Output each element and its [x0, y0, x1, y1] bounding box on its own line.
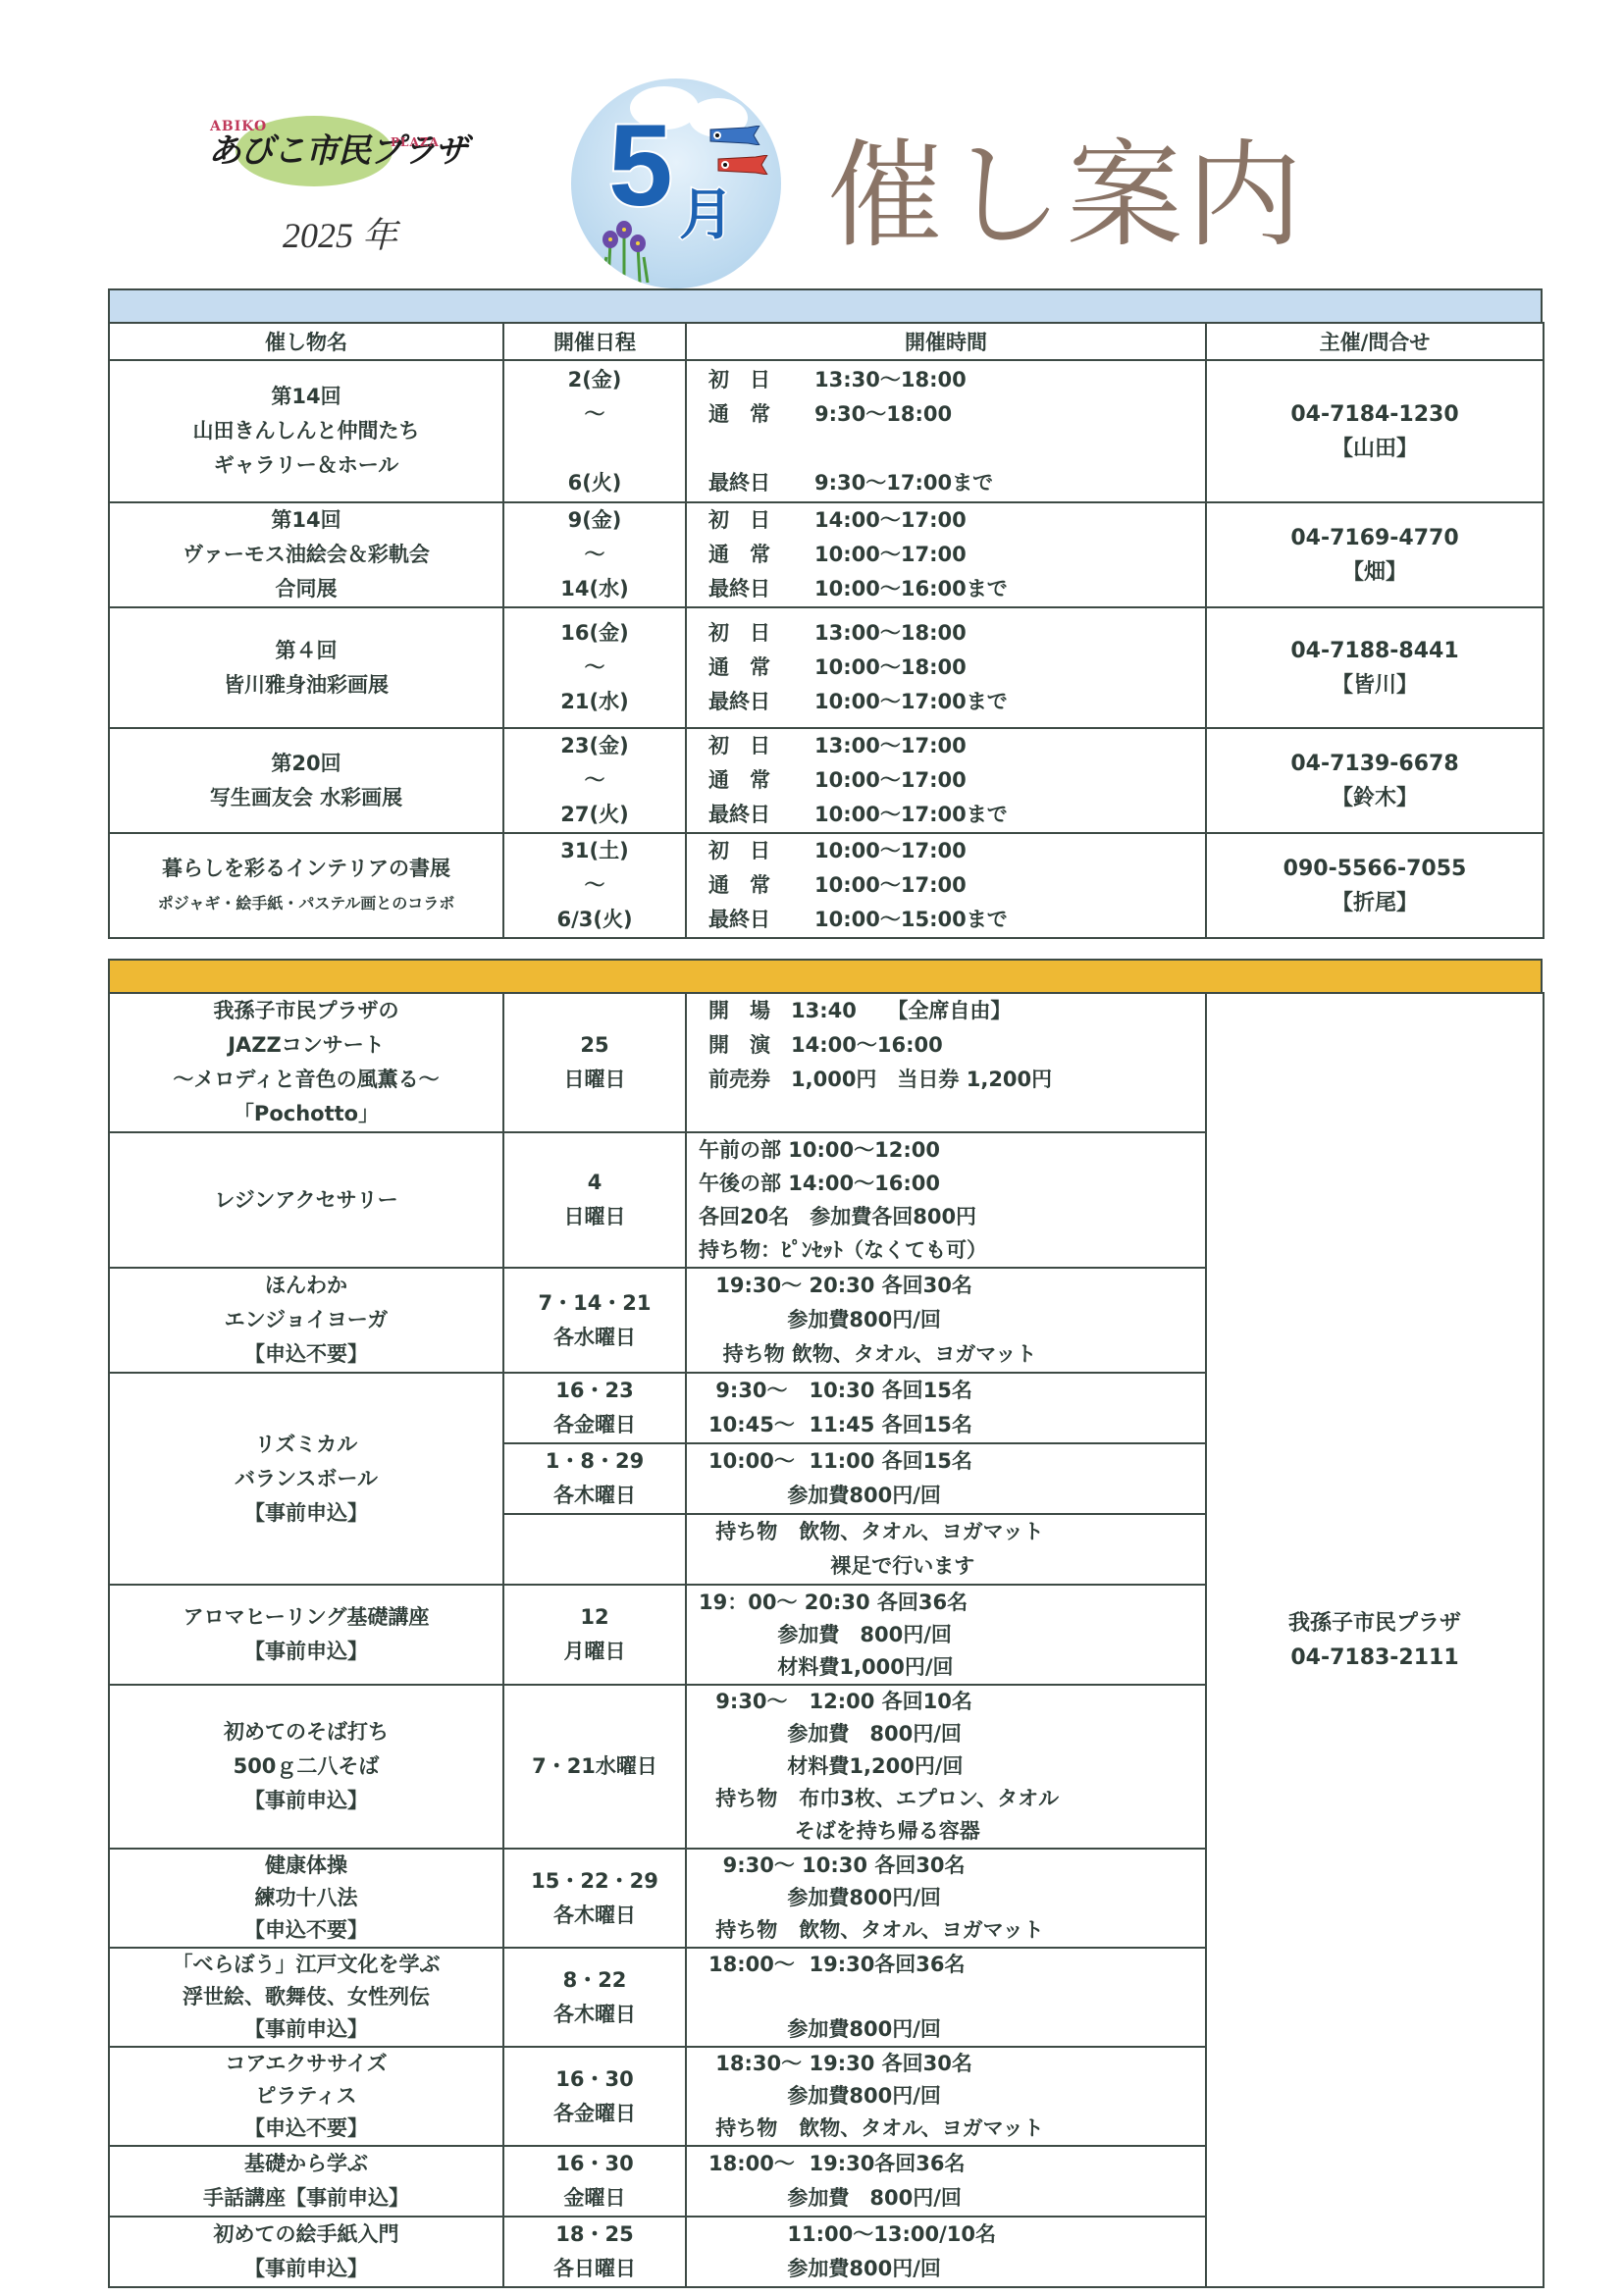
- contact-org: 我孫子市民プラザ: [1207, 1606, 1543, 1641]
- event-name: アロマヒーリング基礎講座 【事前申込】: [109, 1585, 503, 1685]
- event-contact: 04-7139-6678 【鈴木】: [1206, 728, 1544, 833]
- table-row: 我孫子市民プラザの JAZZコンサート ～メロディと音色の風薫る～ 「Pocho…: [109, 993, 1544, 1132]
- month-number: 5: [608, 108, 673, 224]
- events-section-bar: [108, 959, 1543, 994]
- event-times: 9:30～ 12:00 各回10名 参加費 800円/回 材料費1,200円/回…: [686, 1685, 1206, 1849]
- event-dates: 2(金) ～ 6(火): [503, 360, 686, 502]
- column-header-dates: 開催日程: [503, 323, 686, 360]
- event-dates: 16・30 金曜日: [503, 2146, 686, 2217]
- month-kanji: 月: [679, 188, 734, 243]
- contact-person: 【畑】: [1207, 555, 1543, 590]
- events-contact: 我孫子市民プラザ 04-7183-2111: [1206, 993, 1544, 2287]
- event-dates: 16・23 各金曜日: [503, 1373, 686, 1443]
- event-times: 初 日13:00～18:00 通 常10:00～18:00 最終日10:00～1…: [686, 607, 1206, 728]
- event-name: 第14回 山田きんしんと仲間たち ギャラリー＆ホール: [109, 360, 503, 502]
- event-times: 持ち物 飲物、タオル、ヨガマット 裸足で行います: [686, 1514, 1206, 1585]
- event-dates-empty: [503, 1514, 686, 1585]
- event-name: 第20回 写生画友会 水彩画展: [109, 728, 503, 833]
- event-dates: 1・8・29 各木曜日: [503, 1443, 686, 1514]
- event-name: 初めてのそば打ち 500ｇ二八そば 【事前申込】: [109, 1685, 503, 1849]
- event-times: 19:30～ 20:30 各回30名 参加費800円/回 持ち物 飲物、タオル、…: [686, 1268, 1206, 1373]
- event-name: レジンアクセサリー: [109, 1132, 503, 1268]
- event-contact: 04-7188-8441 【皆川】: [1206, 607, 1544, 728]
- event-name: 「べらぼう」江戸文化を学ぶ 浮世絵、歌舞伎、女性列伝 【事前申込】: [109, 1948, 503, 2047]
- event-times: 9:30～ 10:30 各回30名 参加費800円/回 持ち物 飲物、タオル、ヨ…: [686, 1849, 1206, 1948]
- table-row: 第14回 山田きんしんと仲間たち ギャラリー＆ホール 2(金) ～ 6(火) 初…: [109, 360, 1544, 502]
- page-title: 催し案内: [827, 137, 1306, 253]
- event-dates: 16・30 各金曜日: [503, 2047, 686, 2146]
- event-times: 9:30～ 10:30 各回15名 10:45～ 11:45 各回15名: [686, 1373, 1206, 1443]
- table-row: 暮らしを彩るインテリアの書展 ポジャギ・絵手紙・パステル画とのコラボ 31(土)…: [109, 833, 1544, 938]
- event-name: 暮らしを彩るインテリアの書展 ポジャギ・絵手紙・パステル画とのコラボ: [109, 833, 503, 938]
- event-dates: 4 日曜日: [503, 1132, 686, 1268]
- event-times: 18:00～ 19:30各回36名 参加費 800円/回: [686, 2146, 1206, 2217]
- logo-plaza-text: PLAZA: [391, 135, 440, 149]
- event-times: 10:00～ 11:00 各回15名 参加費800円/回: [686, 1443, 1206, 1514]
- event-dates: 15・22・29 各木曜日: [503, 1849, 686, 1948]
- contact-person: 【皆川】: [1207, 668, 1543, 703]
- event-times: 初 日14:00～17:00 通 常10:00～17:00 最終日10:00～1…: [686, 502, 1206, 607]
- event-name: 初めての絵手紙入門 【事前申込】: [109, 2217, 503, 2287]
- event-name: 基礎から学ぶ 手話講座【事前申込】: [109, 2146, 503, 2217]
- event-dates: 9(金) ～ 14(水): [503, 502, 686, 607]
- event-name: ほんわか エンジョイヨーガ 【申込不要】: [109, 1268, 503, 1373]
- iris-flower-icon: [591, 212, 659, 283]
- event-name: コアエクササイズ ピラティス 【申込不要】: [109, 2047, 503, 2146]
- contact-phone: 090-5566-7055: [1207, 852, 1543, 886]
- contact-phone: 04-7183-2111: [1207, 1641, 1543, 1675]
- table-header-row: 催し物名 開催日程 開催時間 主催/問合せ: [109, 323, 1544, 360]
- event-contact: 04-7184-1230 【山田】: [1206, 360, 1544, 502]
- event-dates: 18・25 各日曜日: [503, 2217, 686, 2287]
- event-name: 第４回 皆川雅身油彩画展: [109, 607, 503, 728]
- event-times: 19：00～ 20:30 各回36名 参加費 800円/回 材料費1,000円/…: [686, 1585, 1206, 1685]
- column-header-name: 催し物名: [109, 323, 503, 360]
- event-times: 初 日10:00～17:00 通 常10:00～17:00 最終日10:00～1…: [686, 833, 1206, 938]
- event-dates: 16(金) ～ 21(水): [503, 607, 686, 728]
- event-name: 第14回 ヴァーモス油絵会＆彩軌会 合同展: [109, 502, 503, 607]
- event-dates: 23(金) ～ 27(火): [503, 728, 686, 833]
- event-subname: ポジャギ・絵手紙・パステル画とのコラボ: [110, 886, 502, 920]
- table-row: 第４回 皆川雅身油彩画展 16(金) ～ 21(水) 初 日13:00～18:0…: [109, 607, 1544, 728]
- contact-phone: 04-7188-8441: [1207, 634, 1543, 668]
- event-times: 初 日13:30～18:00 通 常9:30～18:00 最終日9:30～17:…: [686, 360, 1206, 502]
- event-name: 我孫子市民プラザの JAZZコンサート ～メロディと音色の風薫る～ 「Pocho…: [109, 993, 503, 1132]
- contact-phone: 04-7184-1230: [1207, 397, 1543, 432]
- event-dates: 8・22 各木曜日: [503, 1948, 686, 2047]
- event-times: 午前の部 10:00～12:00 午後の部 14:00～16:00 各回20名 …: [686, 1132, 1206, 1268]
- event-name: リズミカル バランスボール 【事前申込】: [109, 1373, 503, 1585]
- event-dates: 31(土) ～ 6/3(火): [503, 833, 686, 938]
- exhibitions-table: 催し物名 開催日程 開催時間 主催/問合せ 第14回 山田きんしんと仲間たち ギ…: [108, 322, 1544, 939]
- event-dates: 7・14・21 各水曜日: [503, 1268, 686, 1373]
- event-name: 健康体操 練功十八法 【申込不要】: [109, 1849, 503, 1948]
- contact-phone: 04-7169-4770: [1207, 521, 1543, 555]
- event-times: 開 場 13:40 【全席自由】 開 演 14:00～16:00 前売券 1,0…: [686, 993, 1206, 1132]
- event-times: 初 日13:00～17:00 通 常10:00～17:00 最終日10:00～1…: [686, 728, 1206, 833]
- event-times: 11:00～13:00/10名 参加費800円/回: [686, 2217, 1206, 2287]
- event-contact: 04-7169-4770 【畑】: [1206, 502, 1544, 607]
- column-header-contact: 主催/問合せ: [1206, 323, 1544, 360]
- contact-person: 【折尾】: [1207, 886, 1543, 920]
- contact-phone: 04-7139-6678: [1207, 747, 1543, 781]
- month-badge: 5 月: [571, 78, 781, 288]
- event-dates: 7・21水曜日: [503, 1685, 686, 1849]
- contact-person: 【鈴木】: [1207, 781, 1543, 815]
- table-row: 第14回 ヴァーモス油絵会＆彩軌会 合同展 9(金) ～ 14(水) 初 日14…: [109, 502, 1544, 607]
- event-times: 18:30～ 19:30 各回30名 参加費800円/回 持ち物 飲物、タオル、…: [686, 2047, 1206, 2146]
- koinobori-red-icon: [716, 155, 769, 175]
- events-table: 我孫子市民プラザの JAZZコンサート ～メロディと音色の風薫る～ 「Pocho…: [108, 992, 1544, 2288]
- table-row: 第20回 写生画友会 水彩画展 23(金) ～ 27(火) 初 日13:00～1…: [109, 728, 1544, 833]
- koinobori-blue-icon: [708, 126, 761, 145]
- event-contact: 090-5566-7055 【折尾】: [1206, 833, 1544, 938]
- contact-person: 【山田】: [1207, 432, 1543, 466]
- column-header-times: 開催時間: [686, 323, 1206, 360]
- exhibitions-section-bar: [108, 288, 1543, 324]
- year-label: 2025 年: [283, 208, 397, 258]
- event-times: 18:00～ 19:30各回36名 参加費800円/回: [686, 1948, 1206, 2047]
- event-dates: 12 月曜日: [503, 1585, 686, 1685]
- event-dates: 25 日曜日: [503, 993, 686, 1132]
